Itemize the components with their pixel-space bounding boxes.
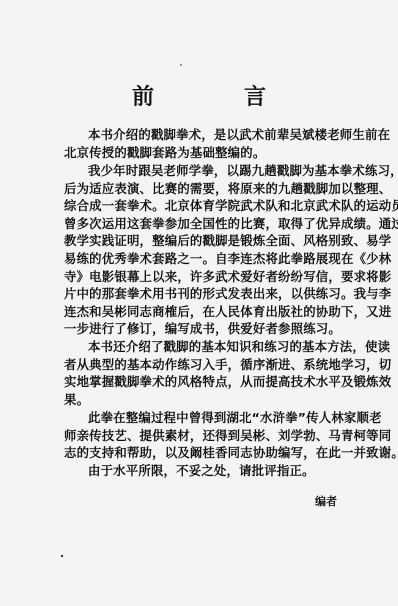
text-line: 志的支持和帮助，以及阚桂香同志协助编写，在此一并致谢。 bbox=[64, 445, 368, 461]
text-line: 一步进行了修订，编写成书，供爱好者参照练习。 bbox=[64, 321, 368, 337]
text-line: 连杰和吴彬同志商榷后，在人民体育出版社的协助下，又进 bbox=[64, 304, 368, 320]
text-line: 此拳在整编过程中曾得到湖北“水浒拳”传人林家顺老 bbox=[88, 410, 368, 426]
page-title: 前 言 bbox=[0, 80, 398, 111]
document-page: 前 言 本书介绍的戳脚拳术，是以武术前辈吴斌楼老师生前在北京传授的戳脚套路为基础… bbox=[0, 0, 398, 606]
text-line: 本书介绍的戳脚拳术，是以武术前辈吴斌楼老师生前在 bbox=[88, 127, 368, 143]
text-line: 实地掌握戳脚拳术的风格特点，从而提高技术水平及锻炼效 bbox=[64, 374, 368, 390]
scan-speck bbox=[180, 64, 182, 66]
text-line: 者从典型的基本动作练习入手，循序渐进、系统地学习，切 bbox=[64, 357, 368, 373]
text-line: 北京传授的戳脚套路为基础整编的。 bbox=[64, 145, 368, 161]
signature: 编者 bbox=[315, 493, 337, 509]
text-line: 易练的优秀拳术套路之一。自李连杰将此拳路展现在《少林 bbox=[64, 251, 368, 267]
text-line: 后为适应表演、比赛的需要，将原来的九趟戳脚加以整理、 bbox=[64, 181, 368, 197]
text-line: 综合成一套拳术。北京体育学院武术队和北京武术队的运动员 bbox=[64, 198, 368, 214]
text-line: 由于水平所限，不妥之处，请批评指正。 bbox=[88, 463, 368, 479]
text-line: 我少年时跟吴老师学拳，以踢九趟戳脚为基本拳术练习， bbox=[88, 163, 368, 179]
text-line: 片中的那套拳术用书刊的形式发表出来，以供练习。我与李 bbox=[64, 286, 368, 302]
text-line: 师亲传技艺、提供素材，还得到吴彬、刘学勃、马青柯等同 bbox=[64, 428, 368, 444]
scan-speck bbox=[61, 555, 63, 557]
text-line: 本书还介绍了戳脚的基本知识和练习的基本方法，使读 bbox=[88, 339, 368, 355]
text-line: 寺》电影银幕上以来，许多武术爱好者纷纷写信，要求将影 bbox=[64, 269, 368, 285]
text-line: 曾多次运用这套拳参加全国性的比赛，取得了优异成绩。通过 bbox=[64, 216, 368, 232]
text-line: 教学实践证明，整编后的戳脚是锻炼全面、风格别致、易学 bbox=[64, 233, 368, 249]
text-line: 果。 bbox=[64, 392, 368, 408]
